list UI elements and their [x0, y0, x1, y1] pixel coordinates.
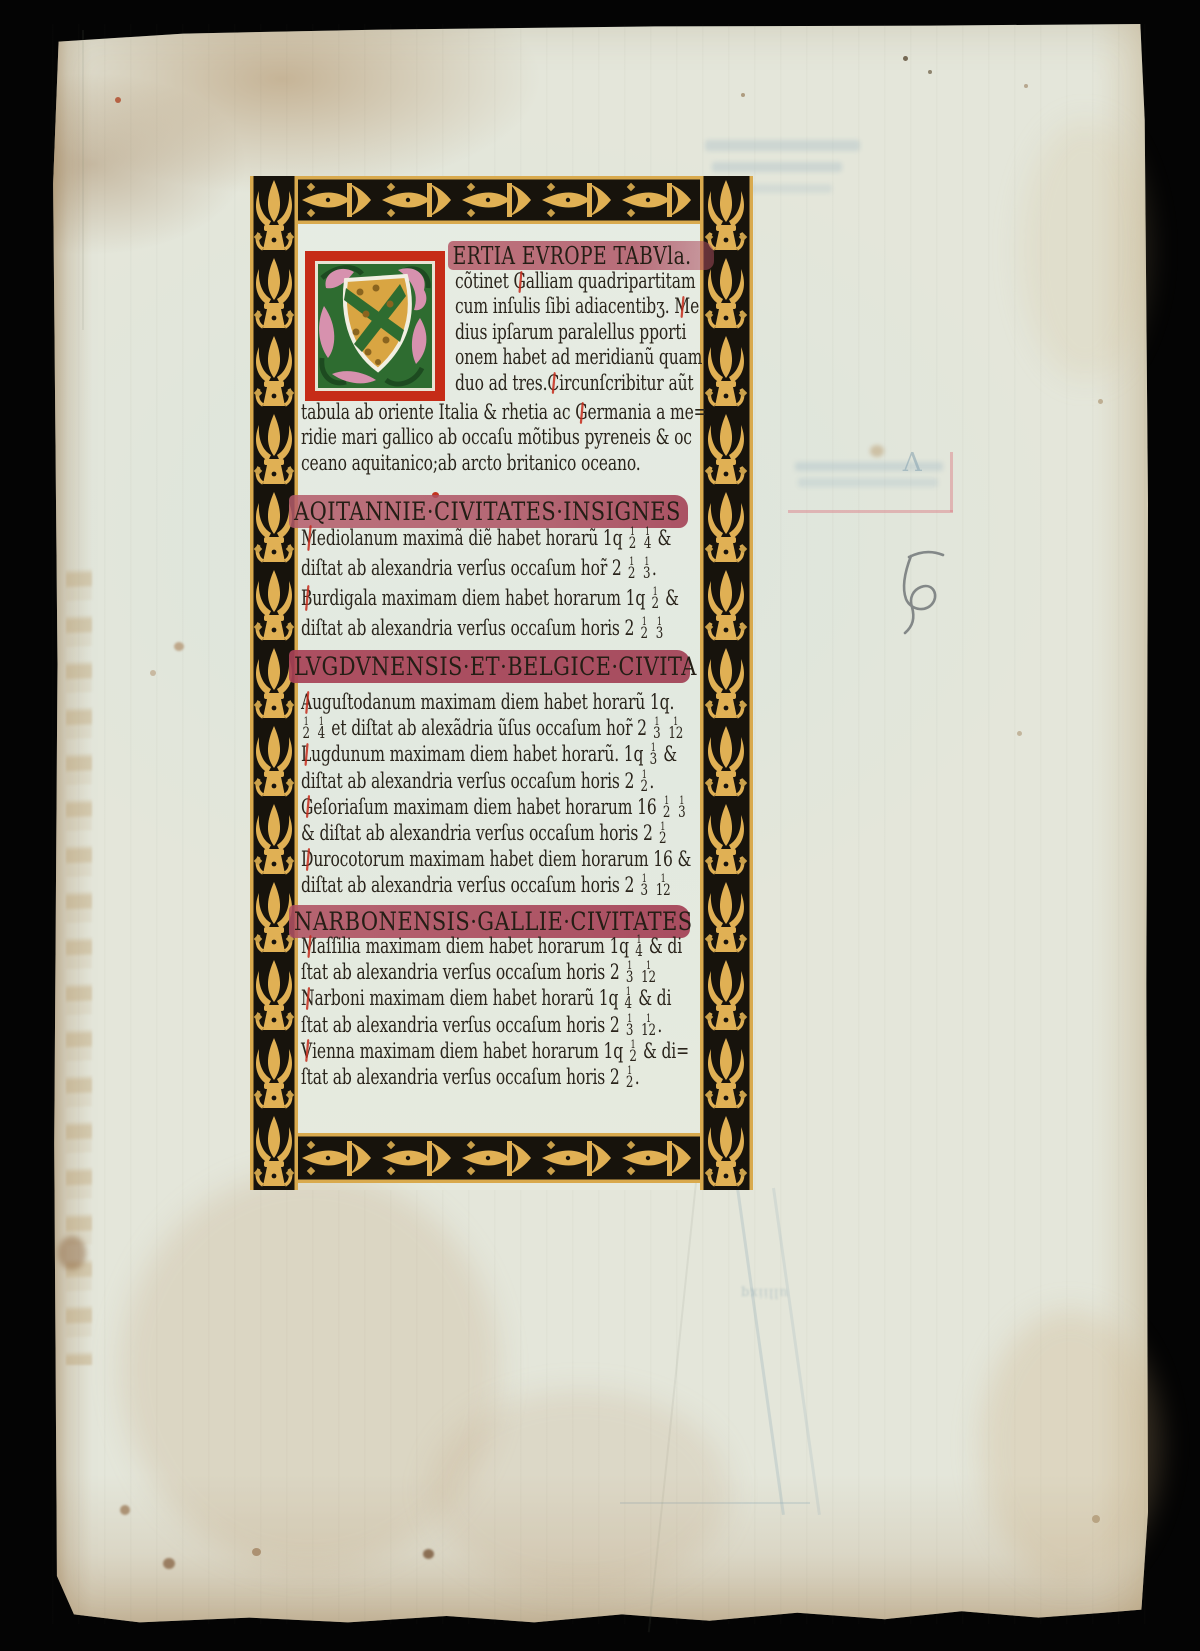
- foxing-spot: [163, 1558, 175, 1569]
- foxing-spot: [115, 97, 121, 103]
- fold-crease: [82, 30, 84, 330]
- text-line: Maſſilia maximam diem habet horarum 1q 1…: [301, 933, 689, 959]
- foxing-spot: [928, 70, 932, 74]
- woodcut-border-top: [298, 176, 700, 224]
- text-line: Burdigala maximam diem habet horarum 1q …: [301, 583, 679, 613]
- fraction: 13: [656, 618, 663, 640]
- foxing-spot: [741, 93, 745, 97]
- folio-number-handwritten: [893, 546, 951, 636]
- foxing-spot: [903, 56, 908, 61]
- text-line: onem habet ad meridianũ quam: [455, 345, 702, 370]
- foxing-spot: [1017, 731, 1022, 736]
- fraction: 14: [625, 988, 632, 1010]
- text-line: Auguſtodanum maximam diem habet horarũ 1…: [301, 689, 691, 715]
- fraction: 13: [643, 558, 650, 580]
- section-lines-aquitaine: Mediolanum maximã diẽ habet horarũ 1q 12…: [301, 523, 812, 643]
- rubricated-capital: M: [301, 523, 317, 553]
- fraction: 13: [641, 875, 648, 897]
- rubricated-capital: M: [301, 933, 317, 959]
- text-line: diſtat ab alexandria verſus occaſum hori…: [301, 613, 679, 643]
- rubricated-capital: V: [301, 1038, 312, 1064]
- section-lines-lugdunensis: Auguſtodanum maximam diem habet horarũ 1…: [301, 689, 828, 899]
- rubricated-capital: L: [301, 741, 311, 767]
- foxing-spot: [174, 642, 184, 651]
- text-line: cum inſulis ſibi adiacentibʒ. Me: [455, 294, 702, 319]
- show-through-red-frame: [950, 452, 953, 512]
- text-line: & diſtat ab alexandria verſus occaſum ho…: [301, 820, 691, 846]
- section-lines-narbonensis: Maſſilia maximam diem habet horarum 1q 1…: [301, 933, 825, 1090]
- text-line: tabula ab oriente Italia & rhetia ac Ger…: [301, 400, 707, 425]
- fraction: 12: [651, 588, 658, 610]
- chapter-text-indented: cõtinet Galliam quadripartitamcum inſuli…: [455, 269, 789, 396]
- fraction: 12: [302, 718, 309, 740]
- show-through-text-bar: [712, 162, 842, 172]
- fraction: 14: [644, 528, 651, 550]
- fraction: 12: [641, 618, 648, 640]
- fraction: 12: [629, 528, 636, 550]
- text-line: ridie mari gallico ab occaſu mõtibus pyr…: [301, 425, 707, 450]
- chapter-text-full: tabula ab oriente Italia & rhetia ac Ger…: [301, 400, 849, 476]
- fraction: 13: [626, 1015, 633, 1037]
- section-heading-lugdunensis: LVGDVNENSIS·ET·BELGICE·CIVITA: [289, 650, 690, 683]
- fraction: 112: [641, 1015, 656, 1037]
- show-through-text-bar: [798, 478, 938, 487]
- fraction: 12: [626, 1067, 633, 1089]
- text-line: duo ad tres.Circunſcribitur aũt: [455, 371, 702, 396]
- text-line: Vienna maximam diem habet horarum 1q 12 …: [301, 1038, 689, 1064]
- fraction: 14: [635, 936, 642, 958]
- text-line: ceano aquitanico;ab arcto britanico ocea…: [301, 451, 707, 476]
- fraction: 12: [641, 771, 648, 793]
- foxing-spot: [252, 1548, 261, 1556]
- foxing-spot: [58, 1236, 86, 1270]
- fraction: 13: [653, 718, 660, 740]
- rubricated-capital: C: [547, 371, 559, 396]
- foxing-spot: [1092, 1515, 1100, 1523]
- fraction: 12: [663, 797, 670, 819]
- fraction: 14: [318, 718, 325, 740]
- rubricated-capital: M: [674, 294, 690, 319]
- rubricated-capital: D: [301, 846, 313, 872]
- show-through-text: ulliixq: [740, 1285, 788, 1300]
- fraction: 112: [668, 718, 683, 740]
- foxing-spot: [1098, 399, 1103, 404]
- text-line: cõtinet Galliam quadripartitam: [455, 269, 702, 294]
- fraction: 13: [650, 744, 657, 766]
- woodcut-border-left: [250, 176, 298, 1190]
- illuminated-initial: [302, 248, 448, 404]
- section-heading-text: NARBONENSIS·GALLIE·CIVITATES: [289, 905, 693, 936]
- text-line: diſtat ab alexandria verſus occaſum hori…: [301, 872, 691, 898]
- text-line: ſtat ab alexandria verſus occaſum horis …: [301, 959, 689, 985]
- text-line: Durocotorum maximam habet diem horarum 1…: [301, 846, 691, 872]
- rubricated-capital: G: [575, 400, 587, 425]
- rubricated-capital: B: [301, 583, 312, 613]
- fraction: 12: [629, 1041, 636, 1063]
- foxing-spot: [423, 1549, 434, 1559]
- fraction: 112: [641, 962, 656, 984]
- fraction: 13: [678, 797, 685, 819]
- text-line: dius ipſarum paralellus pporti: [455, 320, 702, 345]
- stain: [1020, 120, 1150, 380]
- text-line: Lugdunum maximam diem habet horarũ. 1q 1…: [301, 741, 691, 767]
- text-line: Narboni maximam diem habet horarũ 1q 14 …: [301, 985, 689, 1011]
- show-through-red-frame: [788, 510, 953, 513]
- chapter-heading-text: ERTIA EVROPE TABVla.: [448, 241, 691, 270]
- section-heading-text: AQITANNIE·CIVITATES·INSIGNES: [289, 495, 681, 526]
- text-line: ſtat ab alexandria verſus occaſum horis …: [301, 1012, 689, 1038]
- woodcut-border-bottom: [298, 1133, 700, 1183]
- stain: [430, 1390, 730, 1590]
- text-line: ſtat ab alexandria verſus occaſum horis …: [301, 1064, 689, 1090]
- foxing-spot: [870, 445, 884, 457]
- fraction: 112: [656, 875, 671, 897]
- text-line: 12 14 et diſtat ab alexãdria ũſus occaſu…: [301, 715, 691, 741]
- stain: [980, 1310, 1160, 1580]
- foxing-spot: [150, 670, 156, 676]
- fraction: 13: [626, 962, 633, 984]
- page-background: V ulliixq: [0, 0, 1200, 1651]
- text-line: diſtat ab alexandria verſus occaſum hor̃…: [301, 553, 679, 583]
- text-line: diſtat ab alexandria verſus occaſum hori…: [301, 768, 691, 794]
- rubricated-capital: A: [301, 689, 312, 715]
- text-line: Geſoriaſum maximam diem habet horarum 16…: [301, 794, 691, 820]
- section-heading-text: LVGDVNENSIS·ET·BELGICE·CIVITA: [289, 650, 697, 681]
- text-line: Mediolanum maximã diẽ habet horarũ 1q 12…: [301, 523, 679, 553]
- fraction: 12: [628, 558, 635, 580]
- foxing-spot: [120, 1505, 130, 1515]
- rubricated-capital: G: [513, 269, 525, 294]
- foxing-spot: [1024, 84, 1028, 88]
- rubricated-capital: N: [301, 985, 314, 1011]
- fraction: 12: [659, 823, 666, 845]
- rubricated-capital: G: [301, 794, 313, 820]
- show-through-text-bar: [705, 140, 860, 151]
- chapter-heading: ERTIA EVROPE TABVla.: [448, 241, 714, 270]
